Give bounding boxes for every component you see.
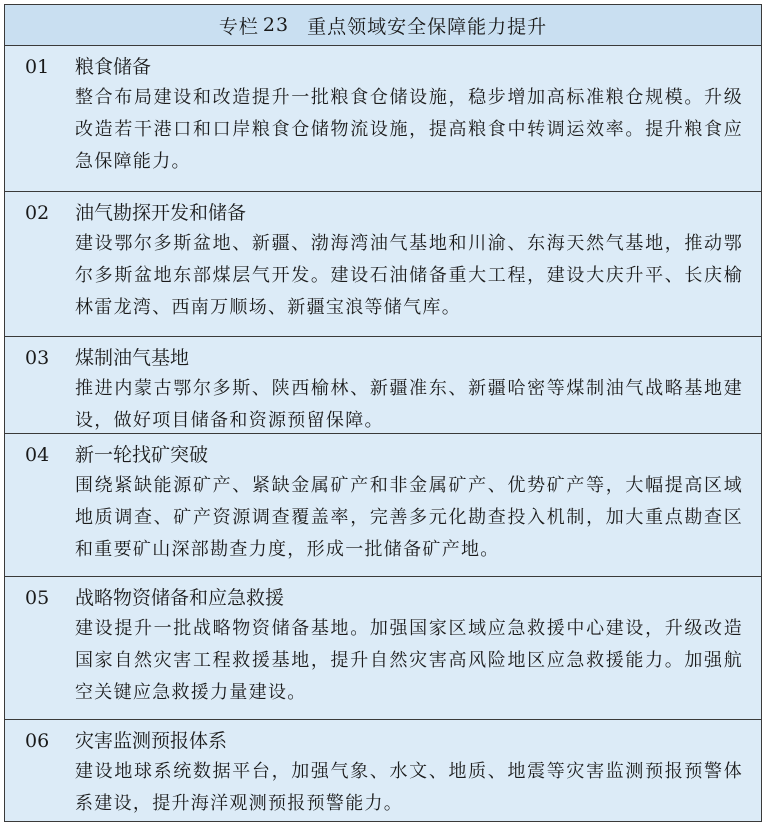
section-grain-reserve: 01 粮食储备 整合布局建设和改造提升一批粮食仓储设施，稳步增加高标准粮仓规模。…	[5, 46, 761, 192]
section-title: 粮食储备	[75, 52, 151, 82]
section-body: 建设提升一批战略物资储备基地。加强国家区域应急救援中心建设，升级改造国家自然灾害…	[75, 613, 743, 709]
section-body: 推进内蒙古鄂尔多斯、陕西榆林、新疆准东、新疆哈密等煤制油气战略基地建设，做好项目…	[75, 373, 743, 437]
section-body: 围绕紧缺能源矿产、紧缺金属矿产和非金属矿产、优势矿产等，大幅提高区域地质调查、矿…	[75, 470, 743, 566]
box-number: 23	[263, 14, 289, 36]
section-title: 灾害监测预报体系	[75, 726, 227, 756]
section-number: 02	[25, 198, 75, 228]
box-label: 专栏	[219, 12, 259, 39]
section-mineral-exploration: 04 新一轮找矿突破 围绕紧缺能源矿产、紧缺金属矿产和非金属矿产、优势矿产等，大…	[5, 434, 761, 577]
section-body: 建设地球系统数据平台，加强气象、水文、地质、地震等灾害监测预报预警体系建设，提升…	[75, 756, 743, 820]
section-title: 新一轮找矿突破	[75, 440, 208, 470]
section-title: 战略物资储备和应急救援	[75, 583, 284, 613]
section-number: 05	[25, 583, 75, 613]
section-strategic-reserve: 05 战略物资储备和应急救援 建设提升一批战略物资储备基地。加强国家区域应急救援…	[5, 577, 761, 720]
section-oil-gas: 02 油气勘探开发和储备 建设鄂尔多斯盆地、新疆、渤海湾油气基地和川渝、东海天然…	[5, 192, 761, 337]
section-number: 06	[25, 726, 75, 756]
section-number: 01	[25, 52, 75, 82]
box-title: 专栏 23 重点领域安全保障能力提升	[5, 5, 761, 46]
section-body: 建设鄂尔多斯盆地、新疆、渤海湾油气基地和川渝、东海天然气基地，推动鄂尔多斯盆地东…	[75, 228, 743, 324]
section-number: 04	[25, 440, 75, 470]
section-coal-to-oil-gas: 03 煤制油气基地 推进内蒙古鄂尔多斯、陕西榆林、新疆准东、新疆哈密等煤制油气战…	[5, 337, 761, 434]
feature-box: 专栏 23 重点领域安全保障能力提升 01 粮食储备 整合布局建设和改造提升一批…	[4, 4, 762, 822]
section-disaster-monitoring: 06 灾害监测预报体系 建设地球系统数据平台，加强气象、水文、地质、地震等灾害监…	[5, 720, 761, 820]
section-title: 油气勘探开发和储备	[75, 198, 246, 228]
box-title-text: 重点领域安全保障能力提升	[307, 12, 547, 39]
section-title: 煤制油气基地	[75, 343, 189, 373]
section-number: 03	[25, 343, 75, 373]
section-body: 整合布局建设和改造提升一批粮食仓储设施，稳步增加高标准粮仓规模。升级改造若干港口…	[75, 82, 743, 178]
